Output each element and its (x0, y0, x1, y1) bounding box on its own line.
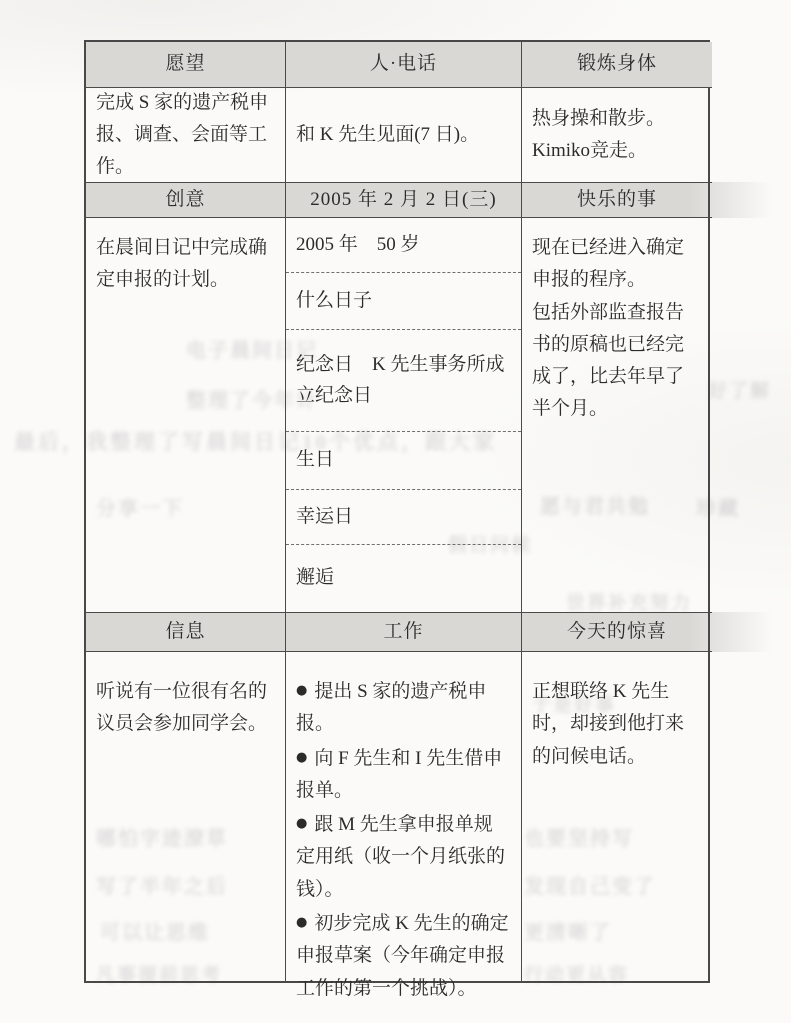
header-happy: 快乐的事 (522, 182, 712, 218)
date-item-year-age: 2005 年 50 岁 (286, 218, 521, 273)
cell-people-phone: 和 K 先生见面(7 日)。 (286, 88, 522, 182)
scanned-page: 电子晨间日记 整理了今年计 好了解 最后，我整理了写晨间日记10个优点，跟大家 … (0, 0, 791, 1023)
header-date: 2005 年 2 月 2 日(三) (286, 182, 522, 218)
header-wish: 愿望 (86, 42, 286, 88)
cell-work: ●提出 S 家的遗产税申报。 ●向 F 先生和 I 先生借申报单。 ●跟 M 先… (286, 652, 522, 983)
info-text: 听说有一位很有名的议员会参加同学会。 (96, 676, 275, 741)
header-exercise: 锻炼身体 (522, 42, 712, 88)
idea-text: 在晨间日记中完成确定申报的计划。 (96, 232, 275, 297)
bullet-icon: ● (296, 912, 307, 934)
work-bullet-text: 跟 M 先生拿申报单规定用纸（收一个月纸张的钱）。 (296, 814, 505, 900)
happy-line: 现在已经进入确定申报的程序。 (532, 232, 702, 297)
header-idea: 创意 (86, 182, 286, 218)
header-surprise: 今天的惊喜 (522, 612, 712, 652)
cell-exercise: 热身操和散步。 Kimiko竞走。 (522, 88, 712, 182)
cell-idea: 在晨间日记中完成确定申报的计划。 (86, 218, 286, 612)
cell-info: 听说有一位很有名的议员会参加同学会。 (86, 652, 286, 983)
wish-text: 完成 S 家的遗产税申报、调查、会面等工作。 (96, 87, 275, 184)
surprise-text: 正想联络 K 先生时，却接到他打来的问候电话。 (532, 676, 702, 773)
date-item-lucky-day: 幸运日 (286, 490, 521, 545)
work-bullet-item: ●提出 S 家的遗产税申报。 (296, 676, 511, 741)
work-bullet-text: 向 F 先生和 I 先生借申报单。 (296, 748, 502, 801)
cell-date-items: 2005 年 50 岁 什么日子 纪念日 K 先生事务所成立纪念日 生日 幸运日… (286, 218, 522, 612)
date-item-birthday: 生日 (286, 432, 521, 490)
cell-wish: 完成 S 家的遗产税申报、调查、会面等工作。 (86, 88, 286, 182)
header-work: 工作 (286, 612, 522, 652)
cell-surprise: 正想联络 K 先生时，却接到他打来的问候电话。 (522, 652, 712, 983)
date-item-anniversary: 纪念日 K 先生事务所成立纪念日 (286, 330, 521, 432)
happy-line: 包括外部监查报告书的原稿也已经完成了，比去年早了半个月。 (532, 297, 702, 426)
people-phone-text: 和 K 先生见面(7 日)。 (296, 119, 511, 151)
work-bullet-item: ●向 F 先生和 I 先生借申报单。 (296, 743, 511, 808)
exercise-line: Kimiko竞走。 (532, 135, 702, 167)
work-bullet-item: ●跟 M 先生拿申报单规定用纸（收一个月纸张的钱）。 (296, 809, 511, 906)
bleedthrough-text: 好了解 (708, 376, 771, 403)
diary-table: 愿望 人·电话 锻炼身体 完成 S 家的遗产税申报、调查、会面等工作。 和 K … (84, 40, 710, 983)
bullet-icon: ● (296, 747, 307, 769)
work-bullet-text: 初步完成 K 先生的确定申报草案（今年确定申报工作的第一个挑战）。 (296, 913, 509, 999)
date-item-what-day: 什么日子 (286, 273, 521, 330)
work-bullet-item: ●初步完成 K 先生的确定申报草案（今年确定申报工作的第一个挑战）。 (296, 908, 511, 1005)
date-item-encounter: 邂逅 (286, 545, 521, 612)
header-people-phone: 人·电话 (286, 42, 522, 88)
bullet-icon: ● (296, 813, 307, 835)
cell-happy: 现在已经进入确定申报的程序。 包括外部监查报告书的原稿也已经完成了，比去年早了半… (522, 218, 712, 612)
work-bullet-text: 提出 S 家的遗产税申报。 (296, 681, 486, 734)
bullet-icon: ● (296, 680, 307, 702)
exercise-line: 热身操和散步。 (532, 103, 702, 135)
header-info: 信息 (86, 612, 286, 652)
